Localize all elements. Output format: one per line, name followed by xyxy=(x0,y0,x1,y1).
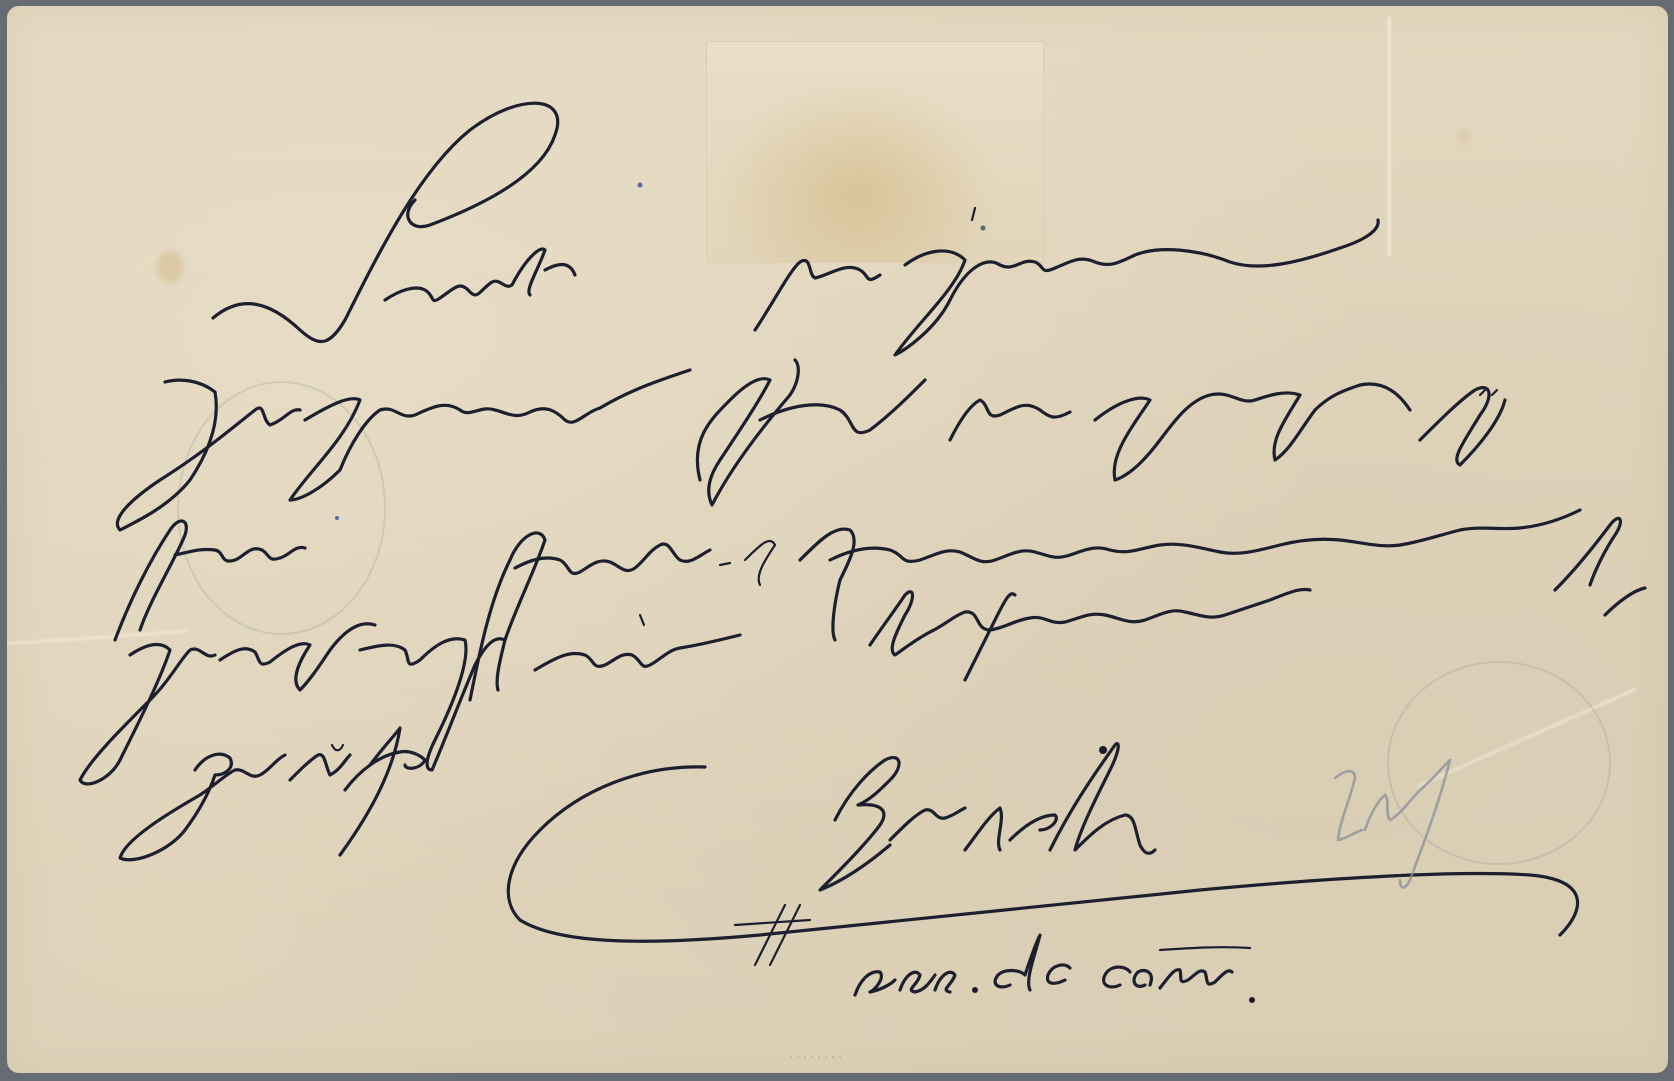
handwriting-ink xyxy=(0,0,1674,1081)
pencil-note-strokes xyxy=(1335,760,1450,888)
printer-mark: ........ xyxy=(788,1050,844,1061)
signature-strokes xyxy=(508,744,1577,965)
line-1-strokes xyxy=(213,103,1378,355)
line-3-strokes xyxy=(115,510,1645,700)
line-4-strokes xyxy=(80,589,1310,783)
line-5-strokes xyxy=(120,728,425,860)
line-2-strokes xyxy=(117,360,1505,530)
subtitle-strokes xyxy=(855,935,1255,1003)
